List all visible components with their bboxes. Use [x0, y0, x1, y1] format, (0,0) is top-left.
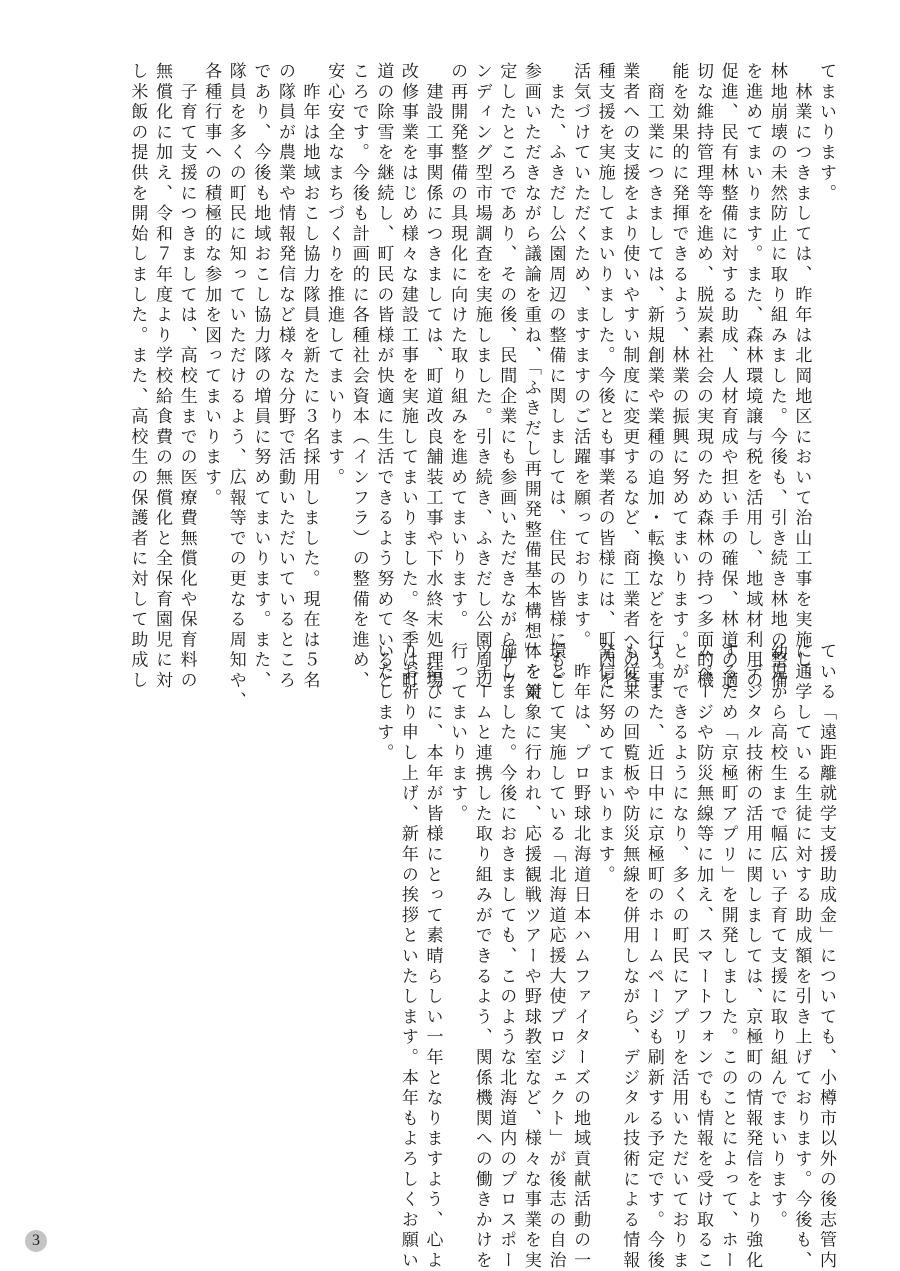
- paragraph-forestry-start: 林業につきましては、昨年は北岡地区において治山工事を実施し、: [789, 62, 814, 628]
- paragraph-fukidashi-park-start: また、ふきだし公園周辺の整備に関しましては、住民の皆様にもご: [543, 62, 568, 628]
- text-column: 切な維持管理等を進め、脱炭素社会の実現のため森林の持つ多面的機: [690, 62, 715, 628]
- paragraph-commerce-start: 商工業につきましては、新規創業や業種の追加・転換などを行う事: [641, 62, 666, 628]
- text-column: 林地崩壊の未然防止に取り組みました。今後も、引き続き林地の整備: [764, 62, 789, 628]
- text-column: の再開発整備の具現化に向けた取り組みを進めてまいります。: [445, 62, 470, 628]
- paragraph-childcare-start: 子育て支援につきましては、高校生までの医療費無償化や保育料の: [174, 62, 199, 628]
- paragraph-construction-start: 建設工事関係につきましては、町道改良舗装工事や下水終末処理場: [420, 62, 445, 628]
- text-column: も従来の回覧板や防災無線を併用しながら、デジタル技術による情報: [617, 642, 642, 1208]
- text-column: 環として実施している「北海道応援大使プロジェクト」が後志の自治: [543, 642, 568, 1208]
- paragraph-digital-start: デジタル技術の活用に関しましては、京極町の情報発信をより強化: [740, 642, 765, 1208]
- text-column: 安心安全なまちづくりを推進してまいります。: [322, 62, 347, 628]
- body-text-upper-block: てまいります。 林業につきましては、昨年は北岡地区において治山工事を実施し、 林…: [125, 62, 838, 628]
- body-text-lower-block: ている「遠距離就学支援助成金」についても、小樽市以外の後志管内 に通学している生…: [371, 642, 838, 1208]
- text-column: ころです。今後も計画的に各種社会資本（インフラ）の整備を進め、: [346, 62, 371, 628]
- text-column: 定したところであり、その後、民間企業にも参画いただきながらサウ: [494, 62, 519, 628]
- text-column: 改修事業をはじめ様々な建設工事を実施してまいりました。冬季は町: [395, 62, 420, 628]
- text-column: 促進、民有林整備に対する助成、人材育成や担い手の確保、林道の適: [715, 62, 740, 628]
- text-column: 各種行事への積極的な参加を図ってまいります。: [199, 62, 224, 628]
- text-column: を進めてまいります。また、森林環境譲与税を活用し、地域材利用の: [740, 62, 765, 628]
- text-column: ている「遠距離就学支援助成金」についても、小樽市以外の後志管内: [813, 642, 838, 1208]
- text-column: ムページや防災無線等に加え、スマートフォンでも情報を受け取るこ: [690, 642, 715, 1208]
- paragraph-cooperation-corps-start: 昨年は地域おこし協力隊員を新たに３名採用しました。現在は５名: [297, 62, 322, 628]
- paragraph-baseball-start: 昨年は、プロ野球北海道日本ハムファイターズの地域貢献活動の一: [567, 642, 592, 1208]
- text-column: いたします。: [371, 642, 396, 1208]
- text-column: 道の除雪を継続し、町民の皆様が快適に生活できるよう努めていると: [371, 62, 396, 628]
- text-column: 幼児から高校生まで幅広い子育て支援に取り組んでまいります。: [764, 642, 789, 1208]
- text-column: 体を対象に行われ、応援観戦ツアーや野球教室など、様々な事業を実: [518, 642, 543, 1208]
- text-column: し米飯の提供を開始しました。また、高校生の保護者に対して助成し: [125, 62, 150, 628]
- text-column: てまいります。: [813, 62, 838, 628]
- text-column: 施しました。今後におきましても、このような北海道内のプロスポー: [494, 642, 519, 1208]
- text-column: の隊員が農業や情報発信など様々な分野で活動いただいているところ: [272, 62, 297, 628]
- text-column: するため「京極町アプリ」を開発しました。このことによって、ホー: [715, 642, 740, 1208]
- text-column: す。また、近日中に京極町のホームページも刷新する予定です。今後: [641, 642, 666, 1208]
- text-column: 行ってまいります。: [445, 642, 470, 1208]
- text-column: 参画いただきながら議論を重ね、「ふきだし再開発整備基本構想」を策: [518, 62, 543, 628]
- text-column: 無償化に加え、令和７年度より学校給食費の無償化と全保育園児に対: [149, 62, 174, 628]
- paragraph-closing-start: 結びに、本年が皆様にとって素晴らしい一年となりますよう、心よ: [420, 642, 445, 1208]
- text-column: 活気づけていただくため、ますますのご活躍を願っております。: [567, 62, 592, 628]
- text-column: に通学している生徒に対する助成額を引き上げております。今後も、: [789, 642, 814, 1208]
- text-column: とができるようになり、多くの町民にアプリを活用いただいておりま: [666, 642, 691, 1208]
- text-column: りお祈り申し上げ、新年の挨拶といたします。本年もよろしくお願い: [395, 642, 420, 1208]
- text-column: ンディング型市場調査を実施しました。引き続き、ふきだし公園周辺: [469, 62, 494, 628]
- text-column: 能を効果的に発揮できるよう、林業の振興に努めてまいります。: [666, 62, 691, 628]
- text-column: であり、今後も地域おこし協力隊の増員に努めてまいります。また、: [248, 62, 273, 628]
- text-column: 業者への支援をより使いやすい制度に変更するなど、商工業者への各: [617, 62, 642, 628]
- text-column: 隊員を多くの町民に知っていただけるよう、広報等での更なる周知や、: [223, 62, 248, 628]
- text-column: ツチームと連携した取り組みができるよう、関係機関への働きかけを: [469, 642, 494, 1208]
- page-number-badge: 3: [25, 1230, 47, 1252]
- text-column: 発信に努めてまいります。: [592, 642, 617, 1208]
- text-column: 種支援を実施してまいりました。今後とも事業者の皆様には、町内を: [592, 62, 617, 628]
